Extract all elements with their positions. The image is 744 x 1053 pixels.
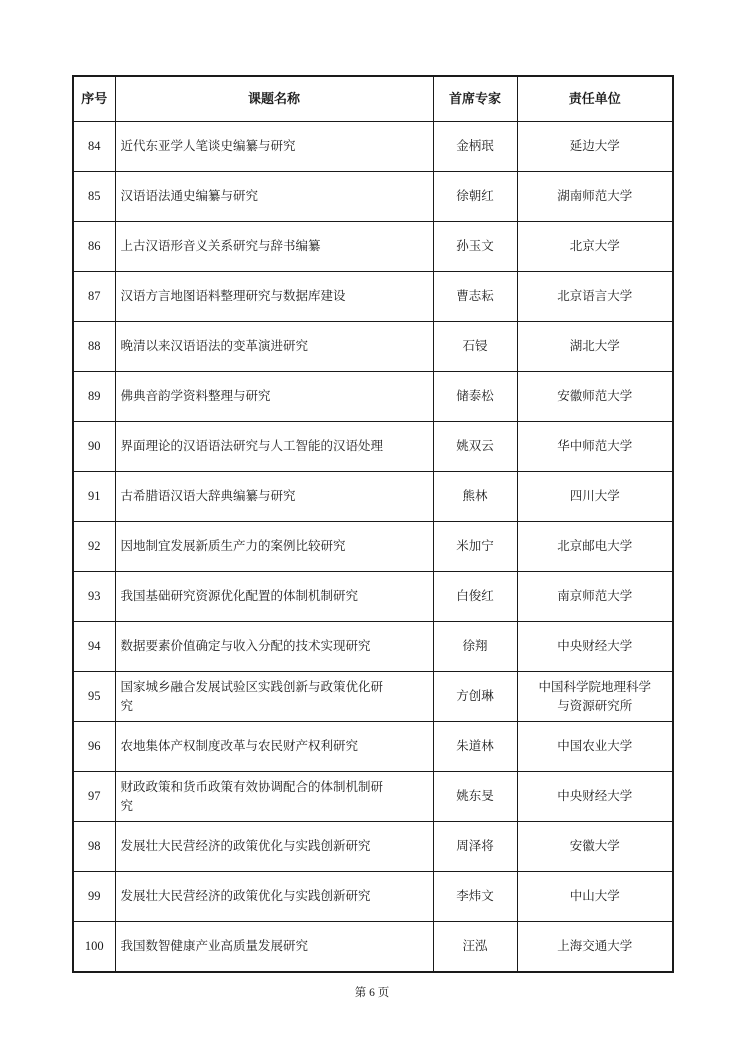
table-body: 84 近代东亚学人笔谈史编纂与研究 金柄珉 延边大学 85 汉语语法通史编纂与研… — [73, 122, 673, 973]
cell-expert: 熊林 — [433, 472, 517, 522]
cell-title: 财政政策和货币政策有效协调配合的体制机制研究 — [115, 772, 433, 822]
cell-unit: 安徽大学 — [517, 822, 673, 872]
table-row: 93 我国基础研究资源优化配置的体制机制研究 白俊红 南京师范大学 — [73, 572, 673, 622]
cell-title: 发展壮大民营经济的政策优化与实践创新研究 — [115, 872, 433, 922]
cell-title: 界面理论的汉语语法研究与人工智能的汉语处理 — [115, 422, 433, 472]
cell-expert: 李炜文 — [433, 872, 517, 922]
cell-unit: 中国科学院地理科学与资源研究所 — [517, 672, 673, 722]
cell-title: 佛典音韵学资料整理与研究 — [115, 372, 433, 422]
table-row: 98 发展壮大民营经济的政策优化与实践创新研究 周泽将 安徽大学 — [73, 822, 673, 872]
cell-title: 古希腊语汉语大辞典编纂与研究 — [115, 472, 433, 522]
cell-no: 87 — [73, 272, 115, 322]
document-page: 序号 课题名称 首席专家 责任单位 84 近代东亚学人笔谈史编纂与研究 金柄珉 … — [0, 0, 744, 1053]
cell-unit: 北京邮电大学 — [517, 522, 673, 572]
table-row: 87 汉语方言地图语料整理研究与数据库建设 曹志耘 北京语言大学 — [73, 272, 673, 322]
cell-no: 95 — [73, 672, 115, 722]
cell-no: 86 — [73, 222, 115, 272]
cell-expert: 徐翔 — [433, 622, 517, 672]
table-row: 91 古希腊语汉语大辞典编纂与研究 熊林 四川大学 — [73, 472, 673, 522]
table-row: 100 我国数智健康产业高质量发展研究 汪泓 上海交通大学 — [73, 922, 673, 973]
table-row: 89 佛典音韵学资料整理与研究 储泰松 安徽师范大学 — [73, 372, 673, 422]
cell-no: 91 — [73, 472, 115, 522]
column-header-unit: 责任单位 — [517, 76, 673, 122]
cell-title: 晚清以来汉语语法的变革演进研究 — [115, 322, 433, 372]
cell-unit: 上海交通大学 — [517, 922, 673, 973]
table-row: 95 国家城乡融合发展试验区实践创新与政策优化研究 方创琳 中国科学院地理科学与… — [73, 672, 673, 722]
cell-expert: 金柄珉 — [433, 122, 517, 172]
cell-title: 因地制宜发展新质生产力的案例比较研究 — [115, 522, 433, 572]
cell-expert: 石锓 — [433, 322, 517, 372]
cell-title: 汉语方言地图语料整理研究与数据库建设 — [115, 272, 433, 322]
cell-unit: 中国农业大学 — [517, 722, 673, 772]
cell-no: 94 — [73, 622, 115, 672]
cell-title: 国家城乡融合发展试验区实践创新与政策优化研究 — [115, 672, 433, 722]
column-header-expert: 首席专家 — [433, 76, 517, 122]
table-row: 85 汉语语法通史编纂与研究 徐朝红 湖南师范大学 — [73, 172, 673, 222]
cell-expert: 周泽将 — [433, 822, 517, 872]
cell-expert: 姚东旻 — [433, 772, 517, 822]
cell-expert: 储泰松 — [433, 372, 517, 422]
cell-title: 汉语语法通史编纂与研究 — [115, 172, 433, 222]
cell-unit: 华中师范大学 — [517, 422, 673, 472]
cell-expert: 孙玉文 — [433, 222, 517, 272]
cell-unit: 延边大学 — [517, 122, 673, 172]
cell-no: 93 — [73, 572, 115, 622]
table-row: 88 晚清以来汉语语法的变革演进研究 石锓 湖北大学 — [73, 322, 673, 372]
table-row: 97 财政政策和货币政策有效协调配合的体制机制研究 姚东旻 中央财经大学 — [73, 772, 673, 822]
cell-expert: 汪泓 — [433, 922, 517, 973]
cell-title: 上古汉语形音义关系研究与辞书编纂 — [115, 222, 433, 272]
table-row: 99 发展壮大民营经济的政策优化与实践创新研究 李炜文 中山大学 — [73, 872, 673, 922]
projects-table: 序号 课题名称 首席专家 责任单位 84 近代东亚学人笔谈史编纂与研究 金柄珉 … — [72, 75, 674, 973]
table-header-row: 序号 课题名称 首席专家 责任单位 — [73, 76, 673, 122]
cell-title: 农地集体产权制度改革与农民财产权利研究 — [115, 722, 433, 772]
cell-no: 88 — [73, 322, 115, 372]
cell-unit: 中山大学 — [517, 872, 673, 922]
cell-unit: 中央财经大学 — [517, 772, 673, 822]
table-row: 94 数据要素价值确定与收入分配的技术实现研究 徐翔 中央财经大学 — [73, 622, 673, 672]
page-number: 第 6 页 — [0, 984, 744, 1000]
cell-no: 85 — [73, 172, 115, 222]
cell-title: 我国基础研究资源优化配置的体制机制研究 — [115, 572, 433, 622]
cell-unit: 湖南师范大学 — [517, 172, 673, 222]
cell-unit: 北京语言大学 — [517, 272, 673, 322]
cell-expert: 米加宁 — [433, 522, 517, 572]
cell-expert: 曹志耘 — [433, 272, 517, 322]
cell-no: 99 — [73, 872, 115, 922]
cell-unit: 四川大学 — [517, 472, 673, 522]
table-row: 92 因地制宜发展新质生产力的案例比较研究 米加宁 北京邮电大学 — [73, 522, 673, 572]
cell-no: 89 — [73, 372, 115, 422]
cell-unit: 中央财经大学 — [517, 622, 673, 672]
cell-title: 发展壮大民营经济的政策优化与实践创新研究 — [115, 822, 433, 872]
column-header-no: 序号 — [73, 76, 115, 122]
cell-no: 100 — [73, 922, 115, 973]
table-row: 86 上古汉语形音义关系研究与辞书编纂 孙玉文 北京大学 — [73, 222, 673, 272]
cell-no: 96 — [73, 722, 115, 772]
cell-no: 98 — [73, 822, 115, 872]
cell-expert: 姚双云 — [433, 422, 517, 472]
cell-title: 我国数智健康产业高质量发展研究 — [115, 922, 433, 973]
cell-no: 84 — [73, 122, 115, 172]
cell-expert: 方创琳 — [433, 672, 517, 722]
cell-no: 90 — [73, 422, 115, 472]
cell-expert: 白俊红 — [433, 572, 517, 622]
cell-no: 92 — [73, 522, 115, 572]
table-row: 84 近代东亚学人笔谈史编纂与研究 金柄珉 延边大学 — [73, 122, 673, 172]
cell-expert: 朱道林 — [433, 722, 517, 772]
column-header-title: 课题名称 — [115, 76, 433, 122]
cell-unit: 湖北大学 — [517, 322, 673, 372]
table-row: 96 农地集体产权制度改革与农民财产权利研究 朱道林 中国农业大学 — [73, 722, 673, 772]
cell-no: 97 — [73, 772, 115, 822]
cell-title: 数据要素价值确定与收入分配的技术实现研究 — [115, 622, 433, 672]
cell-expert: 徐朝红 — [433, 172, 517, 222]
cell-unit: 南京师范大学 — [517, 572, 673, 622]
table-row: 90 界面理论的汉语语法研究与人工智能的汉语处理 姚双云 华中师范大学 — [73, 422, 673, 472]
cell-title: 近代东亚学人笔谈史编纂与研究 — [115, 122, 433, 172]
cell-unit: 安徽师范大学 — [517, 372, 673, 422]
cell-unit: 北京大学 — [517, 222, 673, 272]
